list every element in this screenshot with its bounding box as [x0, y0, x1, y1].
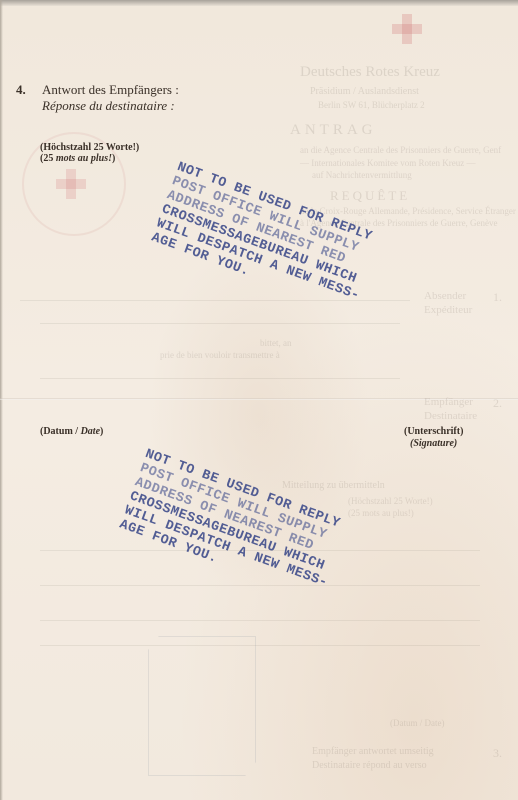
- ghost-postmark-box: [148, 636, 256, 776]
- ghost-sender-fr: Expéditeur: [424, 304, 472, 316]
- red-cross-icon: [392, 14, 422, 44]
- not-for-reply-stamp: NOT TO BE USED FOR REPLY POST OFFICE WIL…: [117, 447, 383, 617]
- ghost-org-address: Berlin SW 61, Blücherplatz 2: [318, 100, 425, 110]
- ghost-message-de: Mitteilung zu übermitteln: [282, 480, 385, 491]
- ghost-limit-fr: (25 mots au plus!): [348, 508, 414, 518]
- ghost-reply-fr: Destinataire répond au verso: [312, 760, 427, 771]
- date-label: (Datum / Date): [40, 426, 103, 437]
- document-page: Deutsches Rotes Kreuz Präsidium / Auslan…: [0, 0, 518, 800]
- word-limit-french: (25 mots au plus!): [40, 153, 115, 164]
- paper-top-edge: [0, 0, 518, 6]
- ghost-form-title: ANTRAG: [290, 122, 377, 139]
- reply-heading-french: Réponse du destinataire :: [42, 98, 175, 114]
- ghost-asks-de: bittet, an: [260, 338, 292, 348]
- section-number: 4.: [16, 82, 26, 98]
- ghost-date: (Datum / Date): [390, 718, 444, 728]
- ghost-section-2: 2.: [493, 396, 502, 411]
- ghost-recipient-de: Empfänger: [424, 396, 473, 408]
- ghost-form-title-fr: REQUÊTE: [330, 188, 410, 204]
- word-limit-german: (Höchstzahl 25 Worte!): [40, 142, 139, 153]
- ghost-org-dept: Präsidium / Auslandsdienst: [310, 86, 419, 97]
- ghost-limit-de: (Höchstzahl 25 Worte!): [348, 496, 433, 506]
- paper-left-edge: [0, 0, 3, 800]
- ghost-form-line-2: — Internationales Komitee vom Roten Kreu…: [300, 158, 475, 168]
- ghost-recipient-fr: Destinataire: [424, 410, 477, 422]
- ghost-org-name: Deutsches Rotes Kreuz: [300, 64, 440, 81]
- ghost-reply-de: Empfänger antwortet umseitig: [312, 746, 434, 757]
- not-for-reply-stamp: NOT TO BE USED FOR REPLY POST OFFICE WIL…: [149, 160, 415, 330]
- ghost-asks-fr: prie de bien vouloir transmettre à: [160, 350, 280, 360]
- ghost-sender-de: Absender: [424, 290, 466, 302]
- signature-label-french: (Signature): [410, 438, 457, 449]
- ghost-form-line-3: auf Nachrichtenvermittlung: [312, 170, 412, 180]
- ghost-section-1: 1.: [493, 290, 502, 305]
- ghost-section-3: 3.: [493, 746, 502, 761]
- signature-label-german: (Unterschrift): [404, 426, 463, 437]
- reply-heading-german: Antwort des Empfängers :: [42, 82, 179, 98]
- ghost-form-line-1: an die Agence Centrale des Prisonniers d…: [300, 145, 501, 155]
